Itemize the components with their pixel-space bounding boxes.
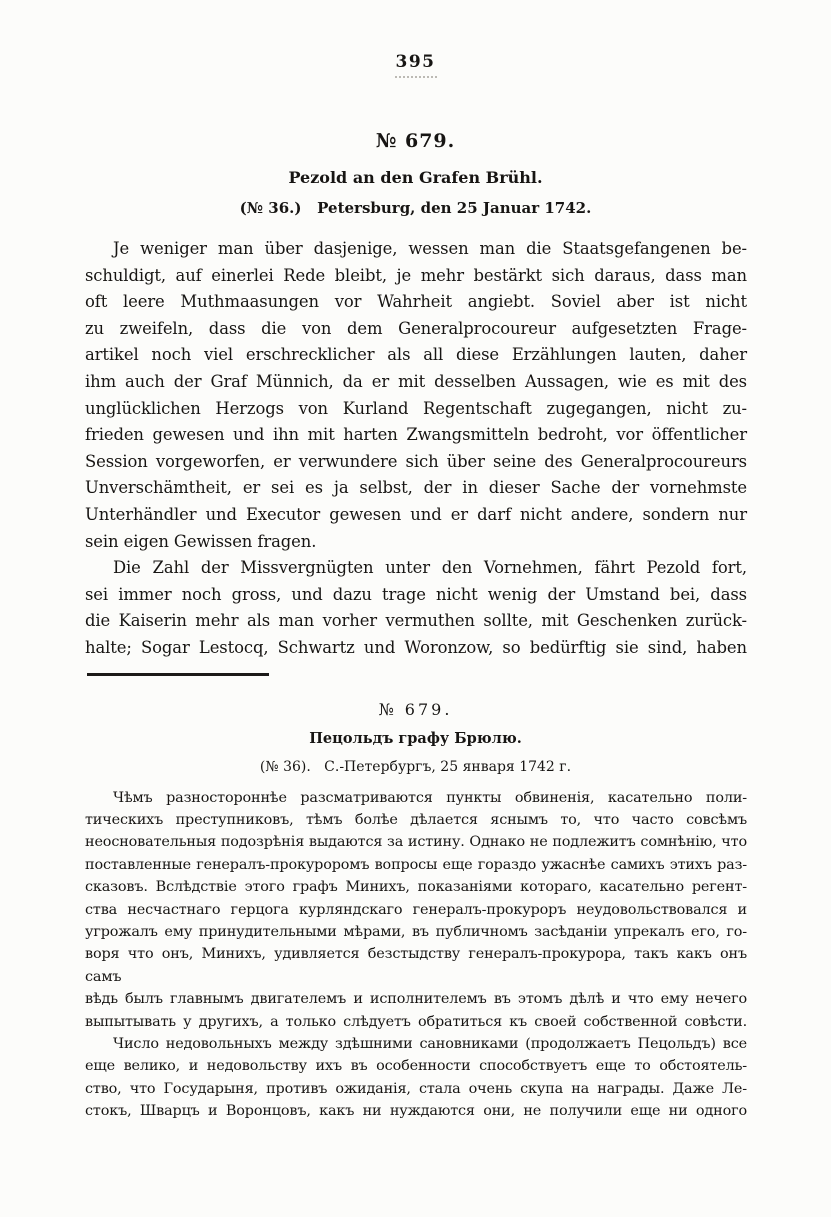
- book-page: 395 № 679. Pezold an den Grafen Brühl. (…: [0, 0, 831, 1217]
- text-line: schuldigt, auf einerlei Rede bleibt, je …: [85, 263, 747, 290]
- text-line: поставленные генералъ-прокуроромъ вопрос…: [85, 854, 747, 876]
- text-line: die Kaiserin mehr als man vorher vermuth…: [85, 608, 747, 635]
- text-line: выпытывать у другихъ, а только слѣдуетъ …: [85, 1011, 747, 1033]
- text-line: Je weniger man über dasjenige, wessen ma…: [85, 236, 747, 263]
- text-line: oft leere Muthmaasungen vor Wahrheit ang…: [85, 289, 747, 316]
- paragraph: Число недовольныхъ между здѣшними сановн…: [85, 1033, 747, 1123]
- paragraph: Je weniger man über dasjenige, wessen ma…: [85, 236, 747, 555]
- russian-doc-number: № 679.: [0, 700, 831, 719]
- text-line: ства несчастнаго герцога курляндскаго ге…: [85, 899, 747, 921]
- section-divider-rule: [87, 673, 269, 676]
- text-line: неосновательныя подозрѣнія выдаются за и…: [85, 831, 747, 853]
- text-line: Unterhändler und Executor gewesen und er…: [85, 502, 747, 529]
- german-dateline: (№ 36.) Petersburg, den 25 Januar 1742.: [0, 199, 831, 217]
- text-line: Unverschämtheit, er sei es ja selbst, de…: [85, 475, 747, 502]
- german-doc-title: Pezold an den Grafen Brühl.: [0, 168, 831, 187]
- paragraph: Чѣмъ разностороннѣе разсматриваются пунк…: [85, 787, 747, 1033]
- text-line: unglücklichen Herzogs von Kurland Regent…: [85, 396, 747, 423]
- russian-dateline: (№ 36). С.-Петербургъ, 25 января 1742 г.: [0, 759, 831, 775]
- text-line: frieden gewesen und ihn mit harten Zwang…: [85, 422, 747, 449]
- german-body-text: Je weniger man über dasjenige, wessen ma…: [85, 236, 747, 662]
- text-line: ство, что Государыня, противъ ожиданія, …: [85, 1078, 747, 1100]
- text-line: вѣдь былъ главнымъ двигателемъ и исполни…: [85, 988, 747, 1010]
- russian-doc-title: Пецольдъ графу Брюлю.: [0, 730, 831, 747]
- text-line: artikel noch viel erschrecklicher als al…: [85, 342, 747, 369]
- text-line: угрожалъ ему принудительными мѣрами, въ …: [85, 921, 747, 943]
- text-line: еще велико, и недовольству ихъ въ особен…: [85, 1055, 747, 1077]
- text-line: воря что онъ, Минихъ, удивляется безстыд…: [85, 943, 747, 988]
- german-document: № 679. Pezold an den Grafen Brühl. (№ 36…: [0, 130, 831, 662]
- text-line: ihm auch der Graf Münnich, da er mit des…: [85, 369, 747, 396]
- russian-document: № 679. Пецольдъ графу Брюлю. (№ 36). С.-…: [0, 700, 831, 1123]
- paragraph: Die Zahl der Missvergnügten unter den Vo…: [85, 555, 747, 661]
- text-line: Session vorgeworfen, er verwundere sich …: [85, 449, 747, 476]
- text-line: halte; Sogar Lestocq, Schwartz und Woron…: [85, 635, 747, 662]
- text-line: тическихъ преступниковъ, тѣмъ болѣе дѣла…: [85, 809, 747, 831]
- text-line: Чѣмъ разностороннѣе разсматриваются пунк…: [85, 787, 747, 809]
- print-smudge: [395, 76, 437, 78]
- text-line: zu zweifeln, dass die von dem Generalpro…: [85, 316, 747, 343]
- text-line: sein eigen Gewissen fragen.: [85, 529, 747, 556]
- german-doc-number: № 679.: [0, 130, 831, 152]
- text-line: стокъ, Шварцъ и Воронцовъ, какъ ни нужда…: [85, 1100, 747, 1122]
- text-line: Число недовольныхъ между здѣшними сановн…: [85, 1033, 747, 1055]
- page-number: 395: [0, 0, 831, 72]
- russian-body-text: Чѣмъ разностороннѣе разсматриваются пунк…: [85, 787, 747, 1123]
- text-line: сказовъ. Вслѣдствіе этого графъ Минихъ, …: [85, 876, 747, 898]
- text-line: Die Zahl der Missvergnügten unter den Vo…: [85, 555, 747, 582]
- text-line: sei immer noch gross, und dazu trage nic…: [85, 582, 747, 609]
